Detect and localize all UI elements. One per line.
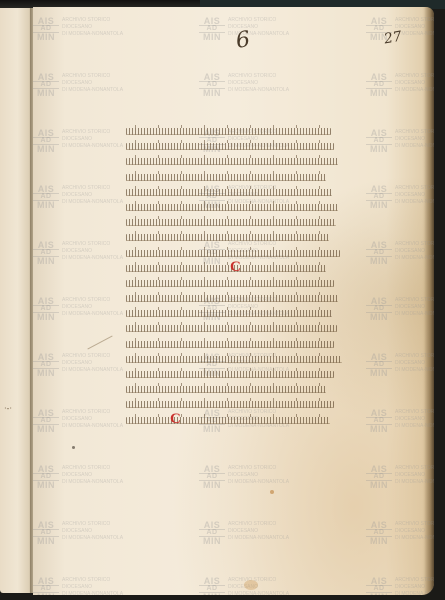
watermark-caption: ARCHIVIO STORICODIOCESANODI MODENA-NONAN… bbox=[395, 73, 434, 94]
manuscript-line bbox=[126, 352, 371, 367]
manuscript-line: C bbox=[126, 261, 371, 276]
watermark-caption-line: ARCHIVIO STORICO bbox=[62, 73, 123, 80]
watermark-caption-line: DIOCESANO bbox=[395, 360, 434, 367]
watermark-logo-text: AIS bbox=[366, 17, 392, 25]
watermark-logo-text: AIS bbox=[33, 129, 59, 137]
manuscript-line bbox=[126, 291, 371, 306]
watermark-caption-line: ARCHIVIO STORICO bbox=[62, 17, 123, 24]
watermark-caption-line: DI MODENA-NONANTOLA bbox=[62, 31, 123, 38]
watermark-logo-text: MIN bbox=[33, 593, 59, 595]
watermark-caption-line: DIOCESANO bbox=[62, 24, 123, 31]
watermark-logo: AISADMIN bbox=[33, 409, 59, 433]
watermark-caption-line: ARCHIVIO STORICO bbox=[62, 353, 123, 360]
watermark-logo: AISADMIN bbox=[199, 73, 225, 97]
watermark-caption: ARCHIVIO STORICODIOCESANODI MODENA-NONAN… bbox=[228, 465, 289, 486]
watermark-logo-text: MIN bbox=[366, 537, 392, 545]
watermark-stamp: AISADMINARCHIVIO STORICODIOCESANODI MODE… bbox=[33, 521, 123, 545]
watermark-logo: AISADMIN bbox=[33, 129, 59, 153]
watermark-caption: ARCHIVIO STORICODIOCESANODI MODENA-NONAN… bbox=[395, 353, 434, 374]
watermark-caption-line: ARCHIVIO STORICO bbox=[395, 409, 434, 416]
watermark-caption-line: DI MODENA-NONANTOLA bbox=[395, 311, 434, 318]
watermark-caption-line: ARCHIVIO STORICO bbox=[62, 185, 123, 192]
watermark-caption-line: ARCHIVIO STORICO bbox=[62, 521, 123, 528]
watermark-logo-text: AIS bbox=[199, 521, 225, 529]
watermark-logo-text: MIN bbox=[199, 537, 225, 545]
watermark-caption-line: DIOCESANO bbox=[395, 416, 434, 423]
watermark-caption-line: DIOCESANO bbox=[395, 584, 434, 591]
watermark-logo-text: MIN bbox=[199, 481, 225, 489]
watermark-logo-text: AIS bbox=[33, 17, 59, 25]
watermark-stamp: AISADMINARCHIVIO STORICODIOCESANODI MODE… bbox=[33, 185, 123, 209]
watermark-caption-line: DI MODENA-NONANTOLA bbox=[62, 87, 123, 94]
handwriting-ink bbox=[126, 189, 332, 196]
watermark-stamp: AISADMINARCHIVIO STORICODIOCESANODI MODE… bbox=[199, 465, 289, 489]
watermark-caption-line: DIOCESANO bbox=[228, 80, 289, 87]
watermark-logo-text: MIN bbox=[366, 481, 392, 489]
watermark-caption-line: DIOCESANO bbox=[62, 192, 123, 199]
watermark-caption-line: DIOCESANO bbox=[395, 528, 434, 535]
handwritten-text-block: CC bbox=[126, 124, 371, 428]
watermark-caption-line: DI MODENA-NONANTOLA bbox=[62, 479, 123, 486]
watermark-caption: ARCHIVIO STORICODIOCESANODI MODENA-NONAN… bbox=[395, 241, 434, 262]
watermark-stamp: AISADMINARCHIVIO STORICODIOCESANODI MODE… bbox=[366, 409, 434, 433]
manuscript-line bbox=[126, 215, 371, 230]
watermark-stamp: AISADMINARCHIVIO STORICODIOCESANODI MODE… bbox=[199, 73, 289, 97]
manuscript-line bbox=[126, 154, 371, 169]
watermark-logo: AISADMIN bbox=[366, 465, 392, 489]
handwriting-ink bbox=[126, 386, 326, 393]
watermark-caption-line: DIOCESANO bbox=[62, 304, 123, 311]
watermark-logo-text: AIS bbox=[33, 73, 59, 81]
stain-spot bbox=[72, 446, 75, 449]
watermark-logo: AISADMIN bbox=[33, 521, 59, 545]
watermark-logo-text: MIN bbox=[33, 425, 59, 433]
watermark-logo-text: AIS bbox=[199, 577, 225, 585]
watermark-stamp: AISADMINARCHIVIO STORICODIOCESANODI MODE… bbox=[366, 73, 434, 97]
watermark-logo-text: MIN bbox=[33, 537, 59, 545]
watermark-logo-text: MIN bbox=[33, 481, 59, 489]
watermark-caption: ARCHIVIO STORICODIOCESANODI MODENA-NONAN… bbox=[62, 521, 123, 542]
watermark-stamp: AISADMINARCHIVIO STORICODIOCESANODI MODE… bbox=[33, 465, 123, 489]
manuscript-line bbox=[126, 397, 371, 412]
watermark-stamp: AISADMINARCHIVIO STORICODIOCESANODI MODE… bbox=[33, 353, 123, 377]
handwriting-ink bbox=[126, 280, 334, 287]
watermark-logo: AISADMIN bbox=[33, 577, 59, 595]
watermark-logo-text: MIN bbox=[33, 313, 59, 321]
watermark-caption-line: ARCHIVIO STORICO bbox=[395, 73, 434, 80]
watermark-caption: ARCHIVIO STORICODIOCESANODI MODENA-NONAN… bbox=[395, 409, 434, 430]
watermark-caption-line: ARCHIVIO STORICO bbox=[62, 129, 123, 136]
handwriting-ink bbox=[126, 250, 340, 257]
watermark-caption-line: DI MODENA-NONANTOLA bbox=[62, 367, 123, 374]
handwriting-ink bbox=[126, 417, 330, 424]
watermark-caption-line: ARCHIVIO STORICO bbox=[228, 465, 289, 472]
watermark-caption-line: ARCHIVIO STORICO bbox=[62, 465, 123, 472]
watermark-caption: ARCHIVIO STORICODIOCESANODI MODENA-NONAN… bbox=[62, 577, 123, 595]
watermark-caption: ARCHIVIO STORICODIOCESANODI MODENA-NONAN… bbox=[395, 577, 434, 595]
handwriting-ink bbox=[126, 174, 326, 181]
watermark-logo-text: MIN bbox=[33, 257, 59, 265]
watermark-stamp: AISADMINARCHIVIO STORICODIOCESANODI MODE… bbox=[33, 297, 123, 321]
watermark-logo-text: AIS bbox=[366, 521, 392, 529]
watermark-logo-text: AIS bbox=[33, 185, 59, 193]
watermark-caption: ARCHIVIO STORICODIOCESANODI MODENA-NONAN… bbox=[62, 185, 123, 206]
watermark-logo: AISADMIN bbox=[366, 521, 392, 545]
watermark-stamp: AISADMINARCHIVIO STORICODIOCESANODI MODE… bbox=[33, 17, 123, 41]
handwriting-ink bbox=[126, 310, 332, 317]
watermark-logo-text: AIS bbox=[33, 241, 59, 249]
watermark-logo-text: AIS bbox=[199, 73, 225, 81]
watermark-stamp: AISADMINARCHIVIO STORICODIOCESANODI MODE… bbox=[366, 297, 434, 321]
watermark-caption-line: ARCHIVIO STORICO bbox=[228, 577, 289, 584]
watermark-caption-line: ARCHIVIO STORICO bbox=[395, 185, 434, 192]
watermark-caption: ARCHIVIO STORICODIOCESANODI MODENA-NONAN… bbox=[62, 73, 123, 94]
watermark-caption-line: DI MODENA-NONANTOLA bbox=[395, 255, 434, 262]
handwriting-ink bbox=[126, 128, 331, 135]
watermark-caption-line: ARCHIVIO STORICO bbox=[228, 73, 289, 80]
watermark-caption-line: ARCHIVIO STORICO bbox=[395, 241, 434, 248]
watermark-caption-line: DI MODENA-NONANTOLA bbox=[62, 143, 123, 150]
watermark-stamp: AISADMINARCHIVIO STORICODIOCESANODI MODE… bbox=[366, 353, 434, 377]
watermark-caption: ARCHIVIO STORICODIOCESANODI MODENA-NONAN… bbox=[62, 129, 123, 150]
handwriting-ink bbox=[126, 325, 337, 332]
watermark-logo-text: MIN bbox=[199, 33, 225, 41]
watermark-logo-text: MIN bbox=[366, 89, 392, 97]
watermark-logo: AISADMIN bbox=[33, 185, 59, 209]
watermark-caption-line: DI MODENA-NONANTOLA bbox=[228, 479, 289, 486]
watermark-caption-line: DIOCESANO bbox=[395, 192, 434, 199]
watermark-logo: AISADMIN bbox=[33, 17, 59, 41]
watermark-caption-line: DIOCESANO bbox=[62, 584, 123, 591]
watermark-caption-line: DI MODENA-NONANTOLA bbox=[395, 423, 434, 430]
watermark-stamp: AISADMINARCHIVIO STORICODIOCESANODI MODE… bbox=[199, 521, 289, 545]
watermark-logo-text: MIN bbox=[33, 89, 59, 97]
watermark-logo-text: AIS bbox=[33, 465, 59, 473]
watermark-caption-line: ARCHIVIO STORICO bbox=[395, 577, 434, 584]
handwriting-ink bbox=[126, 356, 342, 363]
watermark-caption-line: DIOCESANO bbox=[62, 360, 123, 367]
manuscript-line bbox=[126, 321, 371, 336]
watermark-caption-line: DI MODENA-NONANTOLA bbox=[62, 255, 123, 262]
watermark-caption-line: ARCHIVIO STORICO bbox=[62, 241, 123, 248]
watermark-caption: ARCHIVIO STORICODIOCESANODI MODENA-NONAN… bbox=[228, 521, 289, 542]
watermark-caption-line: ARCHIVIO STORICO bbox=[395, 521, 434, 528]
watermark-caption: ARCHIVIO STORICODIOCESANODI MODENA-NONAN… bbox=[395, 129, 434, 150]
watermark-caption: ARCHIVIO STORICODIOCESANODI MODENA-NONAN… bbox=[62, 409, 123, 430]
watermark-caption-line: DIOCESANO bbox=[62, 80, 123, 87]
watermark-caption-line: DIOCESANO bbox=[395, 304, 434, 311]
watermark-logo-text: MIN bbox=[199, 593, 225, 595]
watermark-caption: ARCHIVIO STORICODIOCESANODI MODENA-NONAN… bbox=[62, 17, 123, 38]
watermark-caption-line: DI MODENA-NONANTOLA bbox=[395, 143, 434, 150]
watermark-logo-text: MIN bbox=[366, 593, 392, 595]
watermark-caption-line: ARCHIVIO STORICO bbox=[395, 129, 434, 136]
watermark-caption-line: DIOCESANO bbox=[395, 248, 434, 255]
handwriting-ink bbox=[126, 401, 334, 408]
watermark-stamp: AISADMINARCHIVIO STORICODIOCESANODI MODE… bbox=[33, 129, 123, 153]
watermark-caption: ARCHIVIO STORICODIOCESANODI MODENA-NONAN… bbox=[395, 297, 434, 318]
handwriting-ink bbox=[126, 371, 334, 378]
watermark-caption-line: DIOCESANO bbox=[395, 472, 434, 479]
watermark-caption-line: ARCHIVIO STORICO bbox=[395, 353, 434, 360]
watermark-stamp: AISADMINARCHIVIO STORICODIOCESANODI MODE… bbox=[33, 577, 123, 595]
manuscript-line: C bbox=[126, 413, 371, 428]
manuscript-line bbox=[126, 337, 371, 352]
watermark-logo: AISADMIN bbox=[33, 297, 59, 321]
rubricated-initial: C bbox=[230, 261, 240, 274]
manuscript-line bbox=[126, 185, 371, 200]
watermark-stamp: AISADMINARCHIVIO STORICODIOCESANODI MODE… bbox=[366, 185, 434, 209]
watermark-caption-line: DI MODENA-NONANTOLA bbox=[62, 423, 123, 430]
watermark-caption-line: ARCHIVIO STORICO bbox=[228, 17, 289, 24]
watermark-stamp: AISADMINARCHIVIO STORICODIOCESANODI MODE… bbox=[366, 241, 434, 265]
watermark-logo: AISADMIN bbox=[33, 465, 59, 489]
manuscript-line bbox=[126, 230, 371, 245]
watermark-stamp: AISADMINARCHIVIO STORICODIOCESANODI MODE… bbox=[366, 521, 434, 545]
handwriting-ink bbox=[126, 204, 338, 211]
manuscript-line bbox=[126, 276, 371, 291]
folio-number-right: 27 bbox=[383, 29, 403, 48]
watermark-logo-text: MIN bbox=[33, 201, 59, 209]
watermark-caption-line: ARCHIVIO STORICO bbox=[228, 521, 289, 528]
watermark-stamp: AISADMINARCHIVIO STORICODIOCESANODI MODE… bbox=[366, 577, 434, 595]
watermark-caption-line: DIOCESANO bbox=[62, 248, 123, 255]
handwriting-ink bbox=[126, 234, 329, 241]
watermark-logo-text: AIS bbox=[33, 409, 59, 417]
watermark-logo-text: AIS bbox=[33, 577, 59, 585]
watermark-logo-text: MIN bbox=[33, 369, 59, 377]
manuscript-line bbox=[126, 200, 371, 215]
manuscript-line bbox=[126, 124, 371, 139]
watermark-caption: ARCHIVIO STORICODIOCESANODI MODENA-NONAN… bbox=[395, 185, 434, 206]
watermark-logo-text: AIS bbox=[33, 521, 59, 529]
watermark-logo: AISADMIN bbox=[33, 241, 59, 265]
watermark-logo-text: AIS bbox=[33, 297, 59, 305]
watermark-caption-line: ARCHIVIO STORICO bbox=[62, 577, 123, 584]
handwriting-ink bbox=[126, 341, 334, 348]
left-margin-mark: ·-· bbox=[4, 404, 12, 413]
watermark-logo-text: MIN bbox=[199, 89, 225, 97]
watermark-caption-line: DIOCESANO bbox=[62, 416, 123, 423]
watermark-caption: ARCHIVIO STORICODIOCESANODI MODENA-NONAN… bbox=[62, 465, 123, 486]
watermark-caption-line: DIOCESANO bbox=[228, 472, 289, 479]
watermark-caption-line: DI MODENA-NONANTOLA bbox=[395, 367, 434, 374]
watermark-logo: AISADMIN bbox=[199, 521, 225, 545]
facing-page-sliver bbox=[0, 8, 32, 593]
watermark-caption: ARCHIVIO STORICODIOCESANODI MODENA-NONAN… bbox=[395, 465, 434, 486]
manuscript-line bbox=[126, 139, 371, 154]
watermark-caption-line: DI MODENA-NONANTOLA bbox=[395, 87, 434, 94]
manuscript-line bbox=[126, 382, 371, 397]
watermark-caption-line: DI MODENA-NONANTOLA bbox=[62, 535, 123, 542]
manuscript-line bbox=[126, 170, 371, 185]
watermark-caption-line: DI MODENA-NONANTOLA bbox=[228, 87, 289, 94]
watermark-caption: ARCHIVIO STORICODIOCESANODI MODENA-NONAN… bbox=[395, 521, 434, 542]
watermark-caption-line: DI MODENA-NONANTOLA bbox=[62, 199, 123, 206]
watermark-logo-text: MIN bbox=[33, 145, 59, 153]
watermark-caption-line: DIOCESANO bbox=[395, 80, 434, 87]
watermark-caption-line: ARCHIVIO STORICO bbox=[62, 297, 123, 304]
watermark-caption: ARCHIVIO STORICODIOCESANODI MODENA-NONAN… bbox=[228, 577, 289, 595]
watermark-stamp: AISADMINARCHIVIO STORICODIOCESANODI MODE… bbox=[33, 241, 123, 265]
scan-background: AISADMINARCHIVIO STORICODIOCESANODI MODE… bbox=[0, 0, 445, 600]
manuscript-line bbox=[126, 306, 371, 321]
watermark-caption-line: DI MODENA-NONANTOLA bbox=[395, 199, 434, 206]
watermark-caption-line: DI MODENA-NONANTOLA bbox=[228, 535, 289, 542]
watermark-logo-text: AIS bbox=[366, 465, 392, 473]
watermark-caption-line: DI MODENA-NONANTOLA bbox=[395, 591, 434, 595]
watermark-logo-text: AIS bbox=[199, 17, 225, 25]
watermark-caption-line: DIOCESANO bbox=[62, 136, 123, 143]
watermark-logo-text: AIS bbox=[199, 465, 225, 473]
watermark-caption-line: DIOCESANO bbox=[62, 528, 123, 535]
watermark-caption: ARCHIVIO STORICODIOCESANODI MODENA-NONAN… bbox=[228, 73, 289, 94]
watermark-caption-line: DI MODENA-NONANTOLA bbox=[62, 311, 123, 318]
watermark-caption: ARCHIVIO STORICODIOCESANODI MODENA-NONAN… bbox=[62, 241, 123, 262]
watermark-caption-line: ARCHIVIO STORICO bbox=[62, 409, 123, 416]
handwriting-ink bbox=[126, 158, 338, 165]
watermark-logo-text: AIS bbox=[366, 73, 392, 81]
handwriting-ink bbox=[126, 219, 336, 226]
watermark-logo: AISADMIN bbox=[33, 353, 59, 377]
stain-spot bbox=[270, 490, 274, 494]
watermark-caption-line: ARCHIVIO STORICO bbox=[395, 465, 434, 472]
handwriting-ink bbox=[126, 143, 334, 150]
watermark-caption-line: ARCHIVIO STORICO bbox=[395, 17, 434, 24]
manuscript-line bbox=[126, 246, 371, 261]
watermark-stamp: AISADMINARCHIVIO STORICODIOCESANODI MODE… bbox=[366, 465, 434, 489]
watermark-caption: ARCHIVIO STORICODIOCESANODI MODENA-NONAN… bbox=[62, 297, 123, 318]
stain-spot bbox=[244, 580, 258, 590]
watermark-caption-line: DI MODENA-NONANTOLA bbox=[395, 535, 434, 542]
watermark-caption-line: DI MODENA-NONANTOLA bbox=[228, 591, 289, 595]
watermark-logo: AISADMIN bbox=[199, 577, 225, 595]
handwriting-ink bbox=[126, 295, 338, 302]
watermark-caption-line: DI MODENA-NONANTOLA bbox=[62, 591, 123, 595]
watermark-caption: ARCHIVIO STORICODIOCESANODI MODENA-NONAN… bbox=[62, 353, 123, 374]
watermark-logo-text: MIN bbox=[33, 33, 59, 41]
watermark-caption-line: DI MODENA-NONANTOLA bbox=[395, 479, 434, 486]
watermark-logo: AISADMIN bbox=[199, 465, 225, 489]
watermark-stamp: AISADMINARCHIVIO STORICODIOCESANODI MODE… bbox=[33, 409, 123, 433]
watermark-logo: AISADMIN bbox=[366, 73, 392, 97]
manuscript-line bbox=[126, 367, 371, 382]
watermark-logo-text: AIS bbox=[366, 577, 392, 585]
watermark-logo-text: AIS bbox=[33, 353, 59, 361]
watermark-caption-line: ARCHIVIO STORICO bbox=[395, 297, 434, 304]
watermark-stamp: AISADMINARCHIVIO STORICODIOCESANODI MODE… bbox=[33, 73, 123, 97]
handwriting-ink bbox=[126, 265, 326, 272]
watermark-logo: AISADMIN bbox=[33, 73, 59, 97]
watermark-stamp: AISADMINARCHIVIO STORICODIOCESANODI MODE… bbox=[366, 129, 434, 153]
watermark-caption-line: DIOCESANO bbox=[395, 136, 434, 143]
watermark-caption-line: DIOCESANO bbox=[228, 528, 289, 535]
rubricated-initial: C bbox=[170, 413, 180, 426]
watermark-caption-line: DIOCESANO bbox=[228, 584, 289, 591]
watermark-caption-line: DIOCESANO bbox=[62, 472, 123, 479]
watermark-logo: AISADMIN bbox=[199, 17, 225, 41]
watermark-logo: AISADMIN bbox=[366, 577, 392, 595]
